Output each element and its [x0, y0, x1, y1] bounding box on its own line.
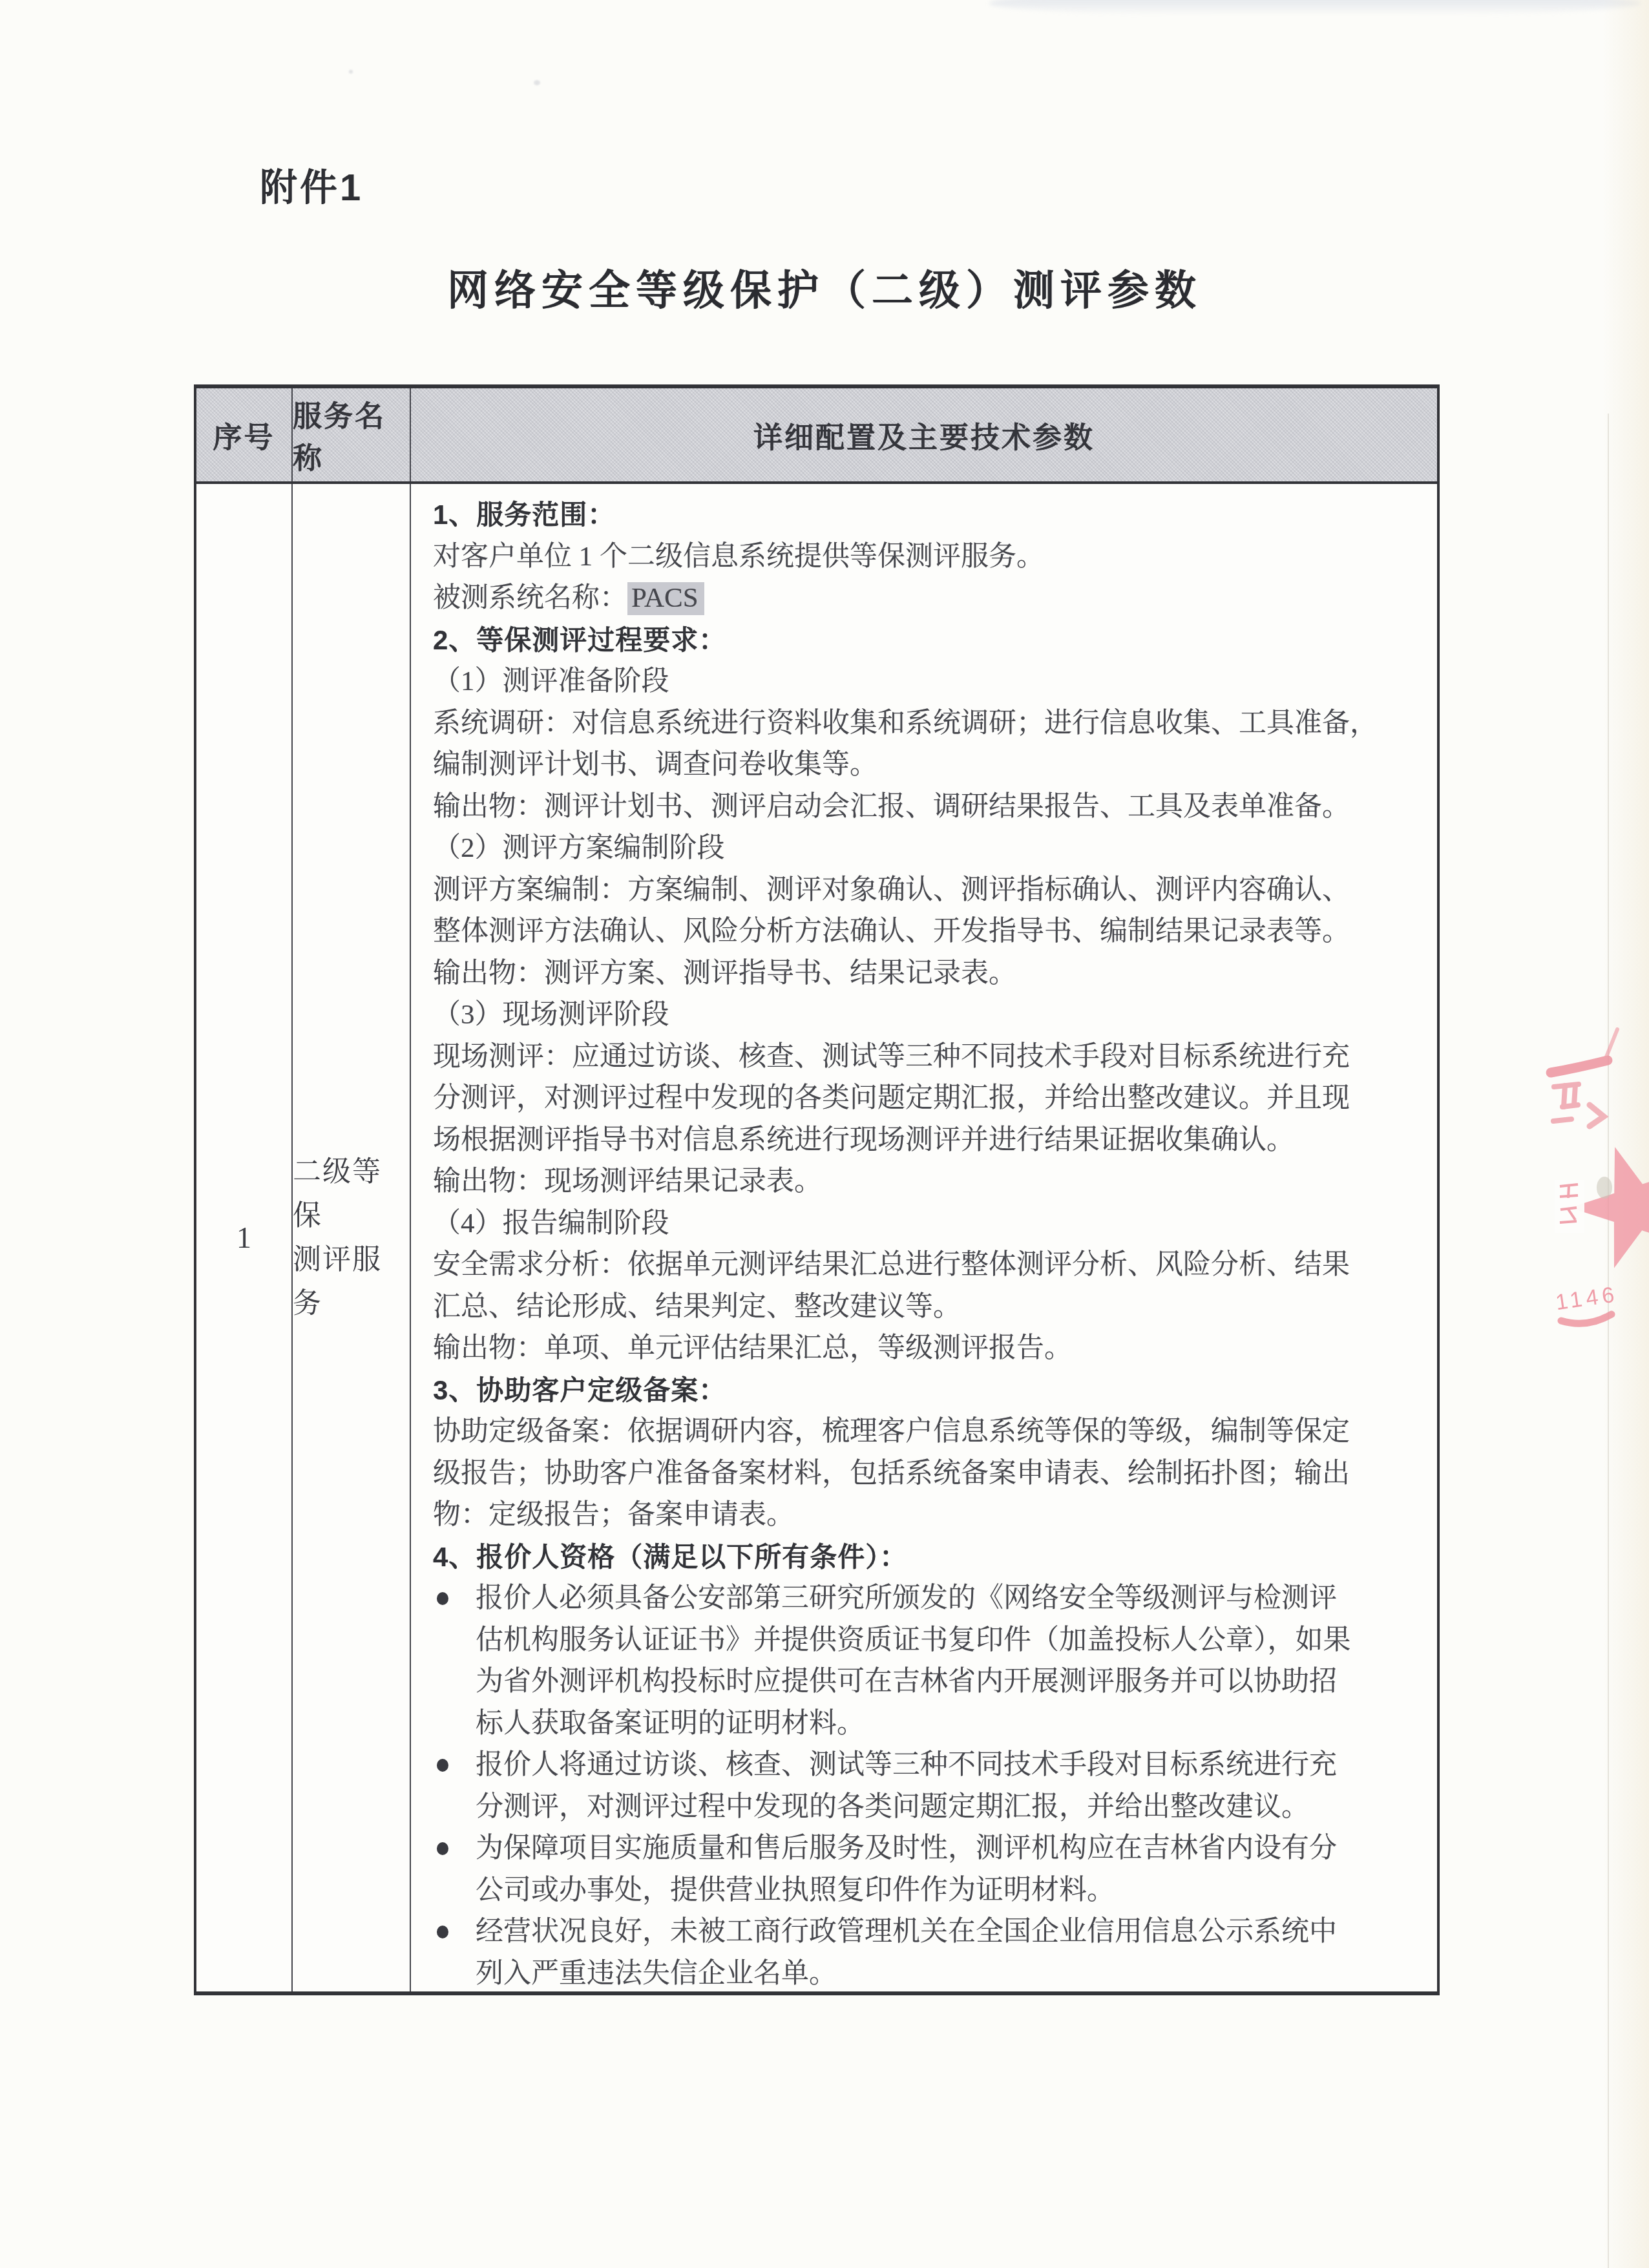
seal-glyph-fragment	[1553, 1084, 1579, 1121]
seal-arc-bottom	[1561, 1314, 1612, 1323]
detail-line: 分测评，对测评过程中发现的各类问题定期汇报，并给出整改建议。	[433, 1787, 1425, 1829]
system-name-highlighted: PACS	[627, 582, 704, 615]
bullet-line: 为保障项目实施质量和售后服务及时性，测评机构应在吉林省内设有分	[433, 1828, 1425, 1870]
details-cell: 1、服务范围：对客户单位 1 个二级信息系统提供等保测评服务。被测系统名称：PA…	[411, 484, 1437, 1991]
header-cell-index: 序号	[196, 388, 293, 481]
scan-smudge	[989, 0, 1641, 16]
bullet-icon	[437, 1759, 448, 1772]
detail-line: 分测评，对测评过程中发现的各类问题定期汇报，并给出整改建议。并且现	[433, 1078, 1425, 1120]
detail-line: 安全需求分析：依据单元测评结果汇总进行整体测评分析、风险分析、结果	[433, 1244, 1425, 1286]
detail-line: 场根据测评指导书对信息系统进行现场测评并进行结果证据收集确认。	[433, 1120, 1425, 1162]
system-name-label: 被测系统名称：	[433, 583, 627, 613]
detail-line: 级报告；协助客户准备备案材料，包括系统备案申请表、绘制拓扑图；输出	[433, 1453, 1425, 1495]
detail-line: 编制测评计划书、调查问卷收集等。	[433, 744, 1425, 786]
detail-line: 输出物：测评计划书、测评启动会汇报、调研结果报告、工具及表单准备。	[433, 786, 1425, 828]
section-heading-line: 4、报价人资格（满足以下所有条件）：	[433, 1537, 1425, 1579]
detail-line: 现场测评：应通过访谈、核查、测试等三种不同技术手段对目标系统进行充	[433, 1036, 1425, 1078]
seal-inner-text-fragment	[1555, 1180, 1584, 1233]
scanned-document-page: 附件1 网络安全等级保护（二级）测评参数 序号 服务名称 详细配置及主要技术参数…	[0, 0, 1649, 2268]
bullet-icon	[437, 1592, 448, 1605]
bullet-line: 报价人将通过访谈、核查、测试等三种不同技术手段对目标系统进行充	[433, 1745, 1425, 1787]
paper-blemish	[1597, 1177, 1612, 1199]
detail-line: 为省外测评机构投标时应提供可在吉林省内开展测评服务并可以协助招	[433, 1661, 1425, 1703]
service-name-line: 二级等保	[293, 1150, 410, 1238]
cell-service-name: 二级等保 测评服务	[293, 484, 411, 1991]
bullet-line-text: 为保障项目实施质量和售后服务及时性，测评机构应在吉林省内设有分	[476, 1828, 1337, 1870]
seal-wedge-fragment	[1590, 1105, 1604, 1126]
cell-index: 1	[196, 484, 293, 1991]
detail-line: 估机构服务认证证书》并提供资质证书复印件（加盖投标人公章），如果	[433, 1620, 1425, 1662]
scan-speck	[534, 80, 540, 85]
section-heading-line: 2、等保测评过程要求：	[433, 620, 1425, 662]
detail-line: 测评方案编制：方案编制、测评对象确认、测评指标确认、测评内容确认、	[433, 870, 1425, 912]
bullet-line-text: 报价人将通过访谈、核查、测试等三种不同技术手段对目标系统进行充	[476, 1745, 1337, 1787]
bullet-line-text: 经营状况良好，未被工商行政管理机关在全国企业信用信息公示系统中	[476, 1911, 1337, 1953]
attachment-label: 附件1	[260, 157, 363, 211]
header-cell-service-name: 服务名称	[293, 388, 411, 481]
bullet-line-text: 报价人必须具备公安部第三研究所颁发的《网络安全等级测评与检测评	[476, 1578, 1337, 1620]
section-heading-line: 3、协助客户定级备案：	[433, 1370, 1425, 1412]
bullet-line: 报价人必须具备公安部第三研究所颁发的《网络安全等级测评与检测评	[433, 1578, 1425, 1620]
service-name-line: 测评服务	[293, 1238, 410, 1326]
detail-line: 输出物：测评方案、测评指导书、结果记录表。	[433, 953, 1425, 995]
detail-line: 汇总、结论形成、结果判定、整改建议等。	[433, 1286, 1425, 1328]
table-header-row: 序号 服务名称 详细配置及主要技术参数	[196, 388, 1437, 484]
detail-line: 整体测评方法确认、风险分析方法确认、开发指导书、编制结果记录表等。	[433, 911, 1425, 953]
detail-line: 物：定级报告；备案申请表。	[433, 1495, 1425, 1537]
table-row: 1 二级等保 测评服务 1、服务范围：对客户单位 1 个二级信息系统提供等保测评…	[196, 484, 1437, 1991]
detail-line: 对客户单位 1 个二级信息系统提供等保测评服务。	[433, 536, 1425, 578]
detail-line: （3）现场测评阶段	[433, 994, 1425, 1036]
seal-serial-number: 1146	[1554, 1282, 1619, 1315]
seal-arc-top	[1551, 1060, 1608, 1073]
page-edge-line	[1608, 414, 1609, 2268]
bullet-icon	[437, 1842, 448, 1855]
bullet-line: 经营状况良好，未被工商行政管理机关在全国企业信用信息公示系统中	[433, 1911, 1425, 1953]
bullet-icon	[437, 1926, 448, 1938]
header-cell-details: 详细配置及主要技术参数	[411, 388, 1437, 481]
detail-line: （2）测评方案编制阶段	[433, 828, 1425, 870]
section-heading-line: 1、服务范围：	[433, 494, 1425, 536]
detail-line: 被测系统名称：PACS	[433, 578, 1425, 620]
scan-speck	[349, 70, 353, 74]
detail-line: （1）测评准备阶段	[433, 661, 1425, 703]
detail-line: 标人获取备案证明的证明材料。	[433, 1703, 1425, 1745]
page-title: 网络安全等级保护（二级）测评参数	[0, 257, 1649, 317]
detail-line: 输出物：单项、单元评估结果汇总，等级测评报告。	[433, 1328, 1425, 1370]
parameters-table: 序号 服务名称 详细配置及主要技术参数 1 二级等保 测评服务 1、服务范围：对…	[194, 384, 1440, 1995]
detail-line: 协助定级备案：依据调研内容，梳理客户信息系统等保的等级，编制等保定	[433, 1411, 1425, 1453]
red-seal-fragment: 1146	[1538, 1021, 1649, 1331]
detail-line: 输出物：现场测评结果记录表。	[433, 1161, 1425, 1203]
detail-line: 系统调研：对信息系统进行资料收集和系统调研；进行信息收集、工具准备，	[433, 703, 1425, 745]
detail-line: 列入严重违法失信企业名单。	[433, 1953, 1425, 1992]
detail-line: （4）报告编制阶段	[433, 1203, 1425, 1245]
detail-line: 公司或办事处，提供营业执照复印件作为证明材料。	[433, 1870, 1425, 1912]
